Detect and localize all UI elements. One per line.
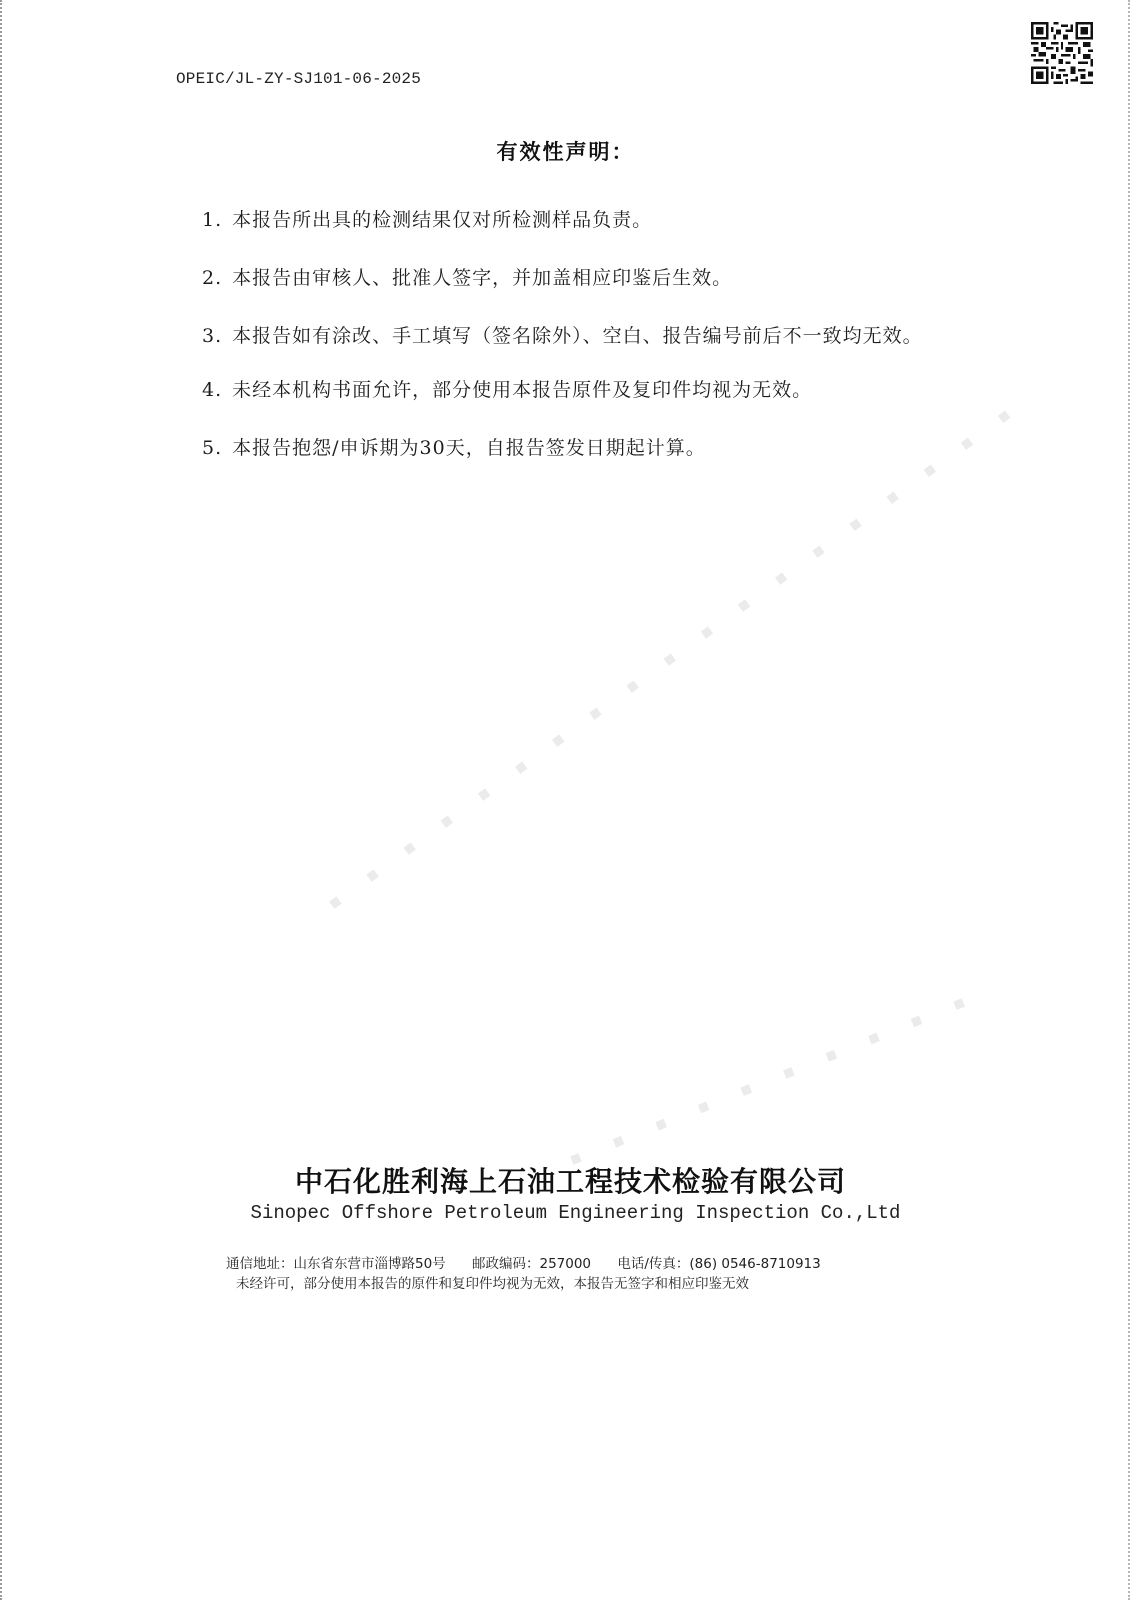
clause-text: 未经本机构书面允许，部分使用本报告原件及复印件均视为无效。	[232, 379, 812, 401]
contact-info: 通信地址：山东省东营市淄博路50号 邮政编码：257000 电话/传真：(86)…	[226, 1252, 843, 1272]
qr-code-icon	[1031, 22, 1093, 84]
validity-clauses: 1.本报告所出具的检测结果仅对所检测样品负责。 2.本报告由审核人、批准人签字，…	[146, 206, 946, 492]
postcode: 邮政编码：257000	[472, 1256, 591, 1272]
clause-item: 2.本报告由审核人、批准人签字，并加盖相应印鉴后生效。	[146, 264, 946, 292]
address: 通信地址：山东省东营市淄博路50号	[226, 1256, 446, 1272]
phone-fax: 电话/传真：(86) 0546-8710913	[617, 1256, 820, 1272]
usage-notice: 未经许可，部分使用本报告的原件和复印件均视为无效，本报告无签字和相应印鉴无效	[236, 1272, 749, 1292]
page-title: 有效性声明：	[0, 136, 1131, 166]
clause-item: 4.未经本机构书面允许，部分使用本报告原件及复印件均视为无效。	[146, 376, 946, 404]
clause-text: 本报告如有涂改、手工填写（签名除外）、空白、报告编号前后不一致均无效。	[232, 325, 923, 347]
clause-item: 5.本报告抱怨/申诉期为30天，自报告签发日期起计算。	[146, 434, 946, 462]
document-code: OPEIC/JL-ZY-SJ101-06-2025	[176, 70, 421, 88]
clause-number: 4.	[202, 379, 222, 401]
clause-text: 本报告抱怨/申诉期为30天，自报告签发日期起计算。	[232, 437, 706, 459]
clause-number: 5.	[202, 437, 222, 459]
clause-item: 3.本报告如有涂改、手工填写（签名除外）、空白、报告编号前后不一致均无效。	[146, 322, 946, 350]
faint-watermark: ▪ ▪ ▪ ▪ ▪ ▪ ▪ ▪ ▪ ▪	[566, 986, 981, 1170]
company-name-cn: 中石化胜利海上石油工程技术检验有限公司	[10, 1160, 1131, 1200]
page-edge-left	[0, 0, 2, 1600]
clause-text: 本报告所出具的检测结果仅对所检测样品负责。	[232, 209, 652, 231]
clause-item: 1.本报告所出具的检测结果仅对所检测样品负责。	[146, 206, 946, 234]
clause-text: 本报告由审核人、批准人签字，并加盖相应印鉴后生效。	[232, 267, 732, 289]
clause-number: 2.	[202, 267, 222, 289]
company-name-en: Sinopec Offshore Petroleum Engineering I…	[20, 1202, 1131, 1224]
clause-number: 1.	[202, 209, 222, 231]
page-edge-right	[1128, 0, 1130, 1600]
footer: 中石化胜利海上石油工程技术检验有限公司 Sinopec Offshore Pet…	[0, 1160, 1131, 1224]
clause-number: 3.	[202, 325, 222, 347]
